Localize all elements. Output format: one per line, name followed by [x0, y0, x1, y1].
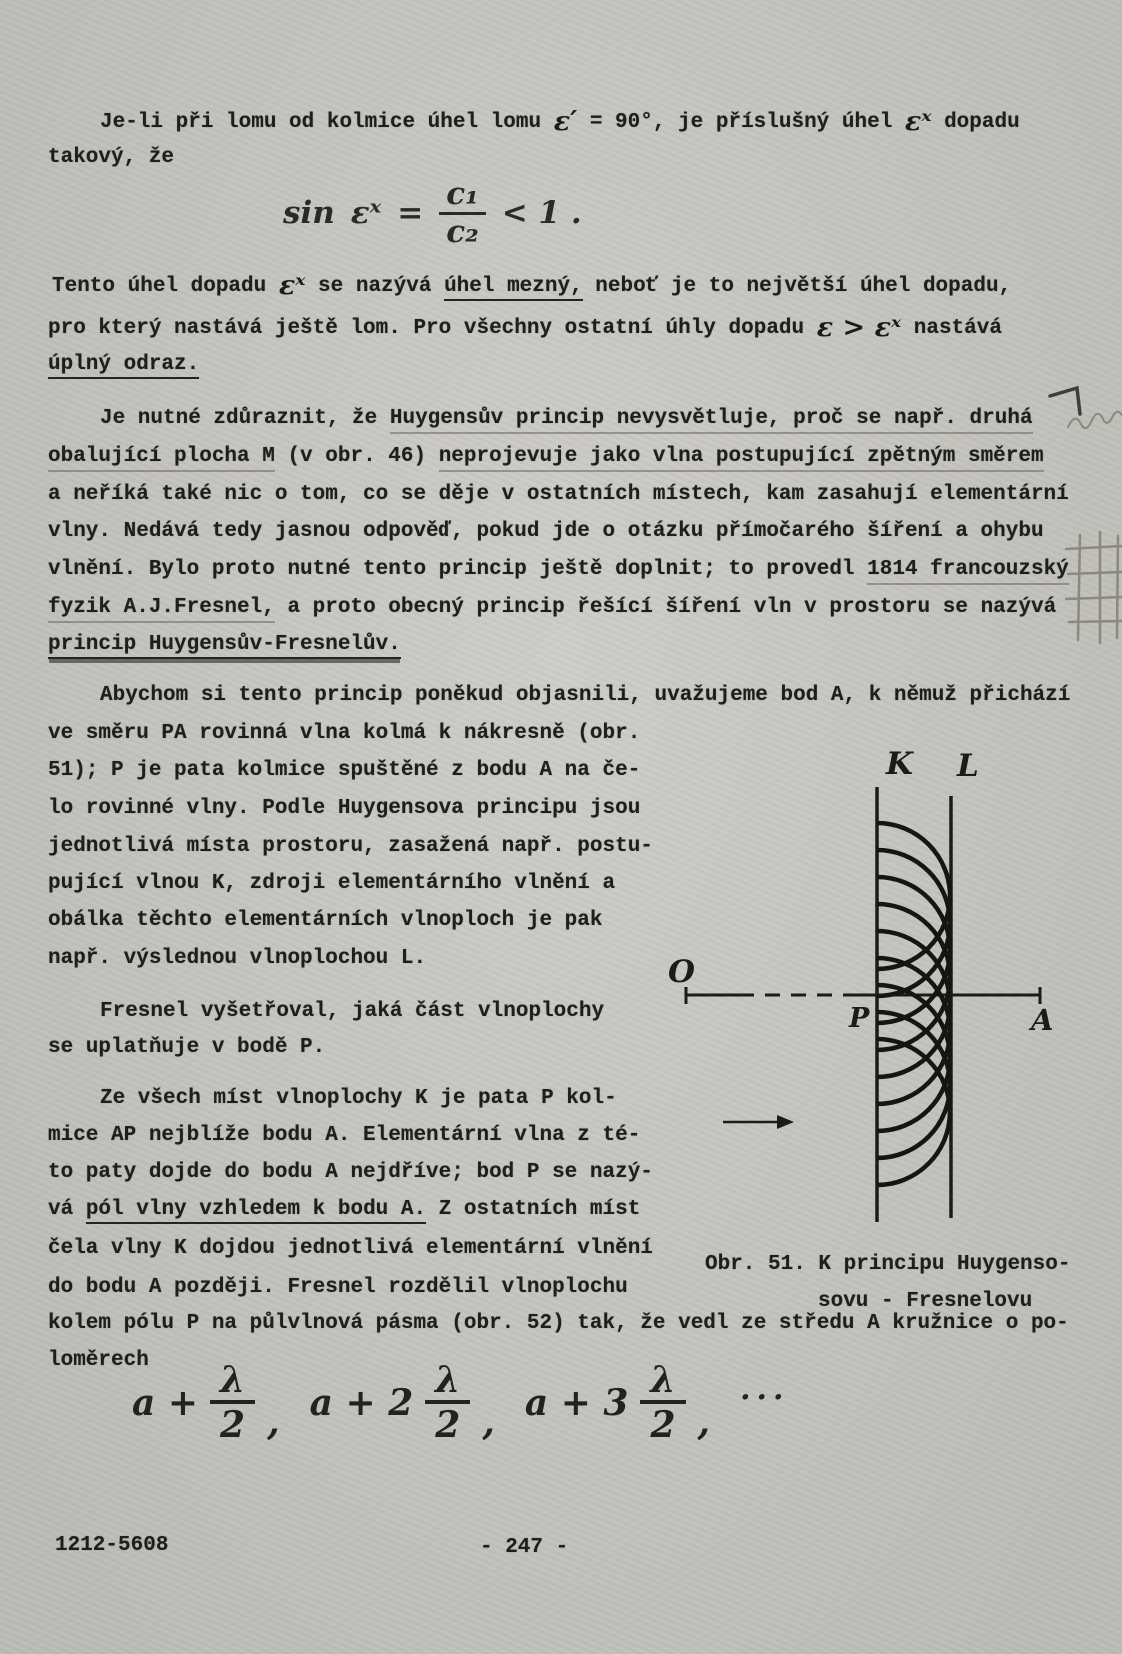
p4-line-1: Abychom si tento princip poněkud objasni…	[100, 684, 1070, 707]
p2-text: pro který nastává ještě lom. Pro všechny…	[48, 317, 804, 340]
pencil-grid-icon	[1066, 532, 1122, 643]
p4-line-2: ve směru PA rovinná vlna kolmá k nákresn…	[48, 722, 640, 745]
label-P: P	[848, 1003, 870, 1034]
wavelet-arc	[877, 985, 950, 1131]
zone-term-2: a + 2 λ 2	[310, 1362, 471, 1443]
wavelet-arc	[877, 877, 950, 1023]
fraction-denominator: 2	[210, 1400, 255, 1443]
p6-line-1: Ze všech míst vlnoplochy K je pata P kol…	[100, 1087, 617, 1110]
epsilon-star-symbol: εˣ	[351, 195, 382, 231]
margin-annotations	[995, 368, 1122, 648]
velocity-ratio-fraction: c₁ c₂	[439, 178, 485, 248]
epsilon-prime-symbol: ε′	[554, 106, 578, 137]
p2-line-2: pro který nastává ještě lom. Pro všechny…	[48, 312, 1002, 343]
intro-text: = 90°, je příslušný úhel	[590, 111, 892, 134]
handwritten-zones-formula: a + λ 2 , a + 2 λ 2 , a + 3 λ 2 , ···	[132, 1362, 789, 1443]
p2-line-3: úplný odraz.	[48, 353, 199, 376]
p3-line-1: Je nutné zdůraznit, že Huygensův princip…	[100, 407, 1033, 430]
fraction-denominator: 2	[425, 1400, 470, 1443]
p3-line-2: obalující plocha M (v obr. 46) neprojevu…	[48, 445, 1044, 468]
p5-line-1: Fresnel vyšetřoval, jaká část vlnoplochy	[100, 1000, 604, 1023]
ellipsis: ···	[740, 1380, 789, 1415]
lambda-half-fraction: λ 2	[640, 1362, 685, 1443]
comma: ,	[698, 1401, 711, 1443]
pencil-underlined-text: Huygensův princip nevysvětluje, proč se …	[390, 407, 1033, 434]
handwritten-sine-formula: sin εˣ = c₁ c₂ < 1 .	[283, 178, 582, 248]
figure-51-huygens-fresnel-diagram: K L O P A	[640, 730, 1100, 1240]
wavelet-arc	[877, 1039, 950, 1185]
sin-function: sin	[283, 195, 335, 231]
intro-text: dopadu	[944, 111, 1020, 134]
document-page: Je-li při lomu od kolmice úhel lomu ε′ =…	[0, 0, 1122, 1654]
wavelet-arc	[877, 850, 950, 996]
elementary-wavelets	[877, 823, 950, 1185]
lambda-half-fraction: λ 2	[425, 1362, 470, 1443]
wavelet-arc	[877, 904, 950, 1050]
intro-line-2: takový, že	[48, 146, 174, 169]
lambda-symbol: λ	[431, 1362, 464, 1400]
term-text: a + 3	[525, 1382, 629, 1424]
p3-text: (v obr. 46)	[287, 445, 426, 468]
pencil-scribble-icon	[1068, 412, 1122, 428]
arrow-head	[777, 1115, 794, 1129]
fraction-denominator: c₂	[439, 212, 485, 249]
p4-line-8: např. výslednou vlnoplochou L.	[48, 947, 426, 970]
p6-line-2: mice AP nejblíže bodu A. Elementární vln…	[48, 1124, 640, 1147]
p4-line-7: obálka těchto elementárních vlnoploch je…	[48, 909, 603, 932]
epsilon-star-symbol: εˣ	[279, 270, 306, 301]
lambda-symbol: λ	[216, 1362, 249, 1400]
p2-text: neboť je to největší úhel dopadu,	[595, 275, 1011, 298]
inequality-tail: < 1 .	[502, 195, 582, 231]
comma: ,	[267, 1401, 280, 1443]
lambda-symbol: λ	[646, 1362, 679, 1400]
zone-term-3: a + 3 λ 2	[525, 1362, 686, 1443]
intro-line-1: Je-li při lomu od kolmice úhel lomu ε′ =…	[100, 106, 1020, 137]
wavelet-arc	[877, 1012, 950, 1158]
p4-line-3: 51); P je pata kolmice spuštěné z bodu A…	[48, 759, 640, 782]
underlined-term-pol-vlny: pól vlny vzhledem k bodu A.	[86, 1198, 426, 1224]
label-O: O	[668, 954, 695, 990]
p6-text: Z ostatních míst	[439, 1198, 641, 1221]
p3-line-3: a neříká také nic o tom, co se děje v os…	[48, 483, 1069, 506]
p4-line-4: lo rovinné vlny. Podle Huygensova princi…	[48, 797, 640, 820]
label-A: A	[1028, 1003, 1054, 1037]
label-K: K	[885, 746, 914, 782]
p3-line-7: princip Huygensův-Fresnelův.	[48, 633, 401, 656]
propagation-arrow	[723, 1115, 794, 1129]
p3-line-4: vlny. Nedává tedy jasnou odpověď, pokud …	[48, 520, 1044, 543]
p3-text: a proto obecný princip řešící šíření vln…	[287, 596, 1056, 619]
p5-line-2: se uplatňuje v bodě P.	[48, 1036, 325, 1059]
fraction-denominator: 2	[640, 1400, 685, 1443]
footer-page-number: - 247 -	[480, 1536, 568, 1559]
term-text: a +	[132, 1382, 198, 1424]
p3-line-5: vlnění. Bylo proto nutné tento princip j…	[48, 558, 1069, 581]
p6-line-5: čela vlny K dojdou jednotlivá elementárn…	[48, 1237, 653, 1260]
pencil-corner-mark-icon	[1050, 388, 1080, 414]
p2-text: Tento úhel dopadu	[52, 275, 266, 298]
epsilon-star-symbol: εˣ	[905, 106, 932, 137]
p6-line-4: vá pól vlny vzhledem k bodu A. Z ostatní…	[48, 1198, 640, 1221]
p4-line-6: pující vlnou K, zdroji elementárního vln…	[48, 872, 615, 895]
intro-text: Je-li při lomu od kolmice úhel lomu	[100, 111, 541, 134]
zone-term-1: a + λ 2	[132, 1362, 255, 1443]
underlined-term-uplny-odraz: úplný odraz.	[48, 353, 199, 379]
p6-line-7: kolem pólu P na půlvlnová pásma (obr. 52…	[48, 1312, 1069, 1335]
pencil-underlined-text: neprojevuje jako vlna postupující zpětný…	[439, 445, 1044, 472]
p4-line-5: jednotlivá místa prostoru, zasažená např…	[48, 835, 653, 858]
equals-sign: =	[397, 195, 423, 231]
p3-text: Je nutné zdůraznit, že	[100, 407, 377, 430]
wavelet-arc	[877, 931, 950, 1077]
term-text: a + 2	[310, 1382, 414, 1424]
figure-caption-line-2: sovu - Fresnelovu	[818, 1290, 1032, 1313]
p6-line-6: do bodu A později. Fresnel rozdělil vlno…	[48, 1276, 628, 1299]
axis-OPA	[686, 987, 1040, 1004]
p6-line-3: to paty dojde do bodu A nejdříve; bod P …	[48, 1161, 653, 1184]
pencil-underlined-text: fyzik A.J.Fresnel,	[48, 596, 275, 623]
underlined-term-uhel-mezny: úhel mezný,	[444, 275, 583, 301]
footer-document-number: 1212-5608	[55, 1534, 168, 1557]
p3-line-6: fyzik A.J.Fresnel, a proto obecný princi…	[48, 596, 1056, 619]
lambda-half-fraction: λ 2	[210, 1362, 255, 1443]
p2-text: se nazývá	[318, 275, 431, 298]
p6-text: vá	[48, 1198, 73, 1221]
label-L: L	[956, 748, 979, 784]
epsilon-comparison-symbol: ε > εˣ	[817, 312, 901, 343]
comma: ,	[482, 1401, 495, 1443]
fraction-numerator: c₁	[441, 178, 483, 212]
p2-text: nastává	[914, 317, 1002, 340]
wavelet-arc	[877, 958, 950, 1104]
pencil-underlined-text: obalující plocha M	[48, 445, 275, 472]
p3-text: vlnění. Bylo proto nutné tento princip j…	[48, 558, 855, 581]
wavelet-arc	[877, 823, 950, 969]
figure-caption-line-1: Obr. 51. K principu Huygenso-	[705, 1253, 1070, 1276]
double-underlined-principle-name: princip Huygensův-Fresnelův.	[48, 633, 401, 659]
p2-line-1: Tento úhel dopadu εˣ se nazývá úhel mezn…	[52, 270, 1011, 301]
